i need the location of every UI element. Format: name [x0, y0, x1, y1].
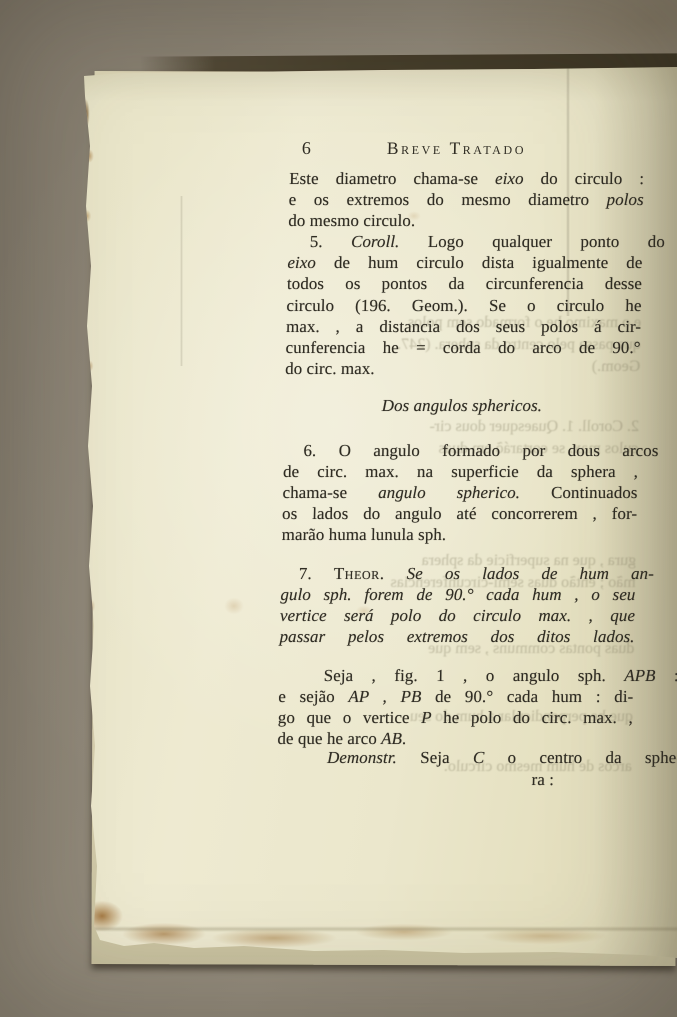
text-line: do circ. max. — [285, 358, 640, 379]
bleedthrough-line: duas pontas communs , sem que — [279, 638, 634, 659]
text-line: cunferencia he = corda do arco de 90.° — [285, 337, 640, 358]
text-line: circulo (196. Geom.). Se o circulo he — [286, 295, 641, 316]
bleedthrough-line: e o maximo he o formado sem polos — [286, 312, 641, 333]
text-line: marão huma lunula sph. — [282, 524, 637, 545]
text-line: de circ. max. na superficie da sphera , — [283, 461, 638, 482]
text-line: go que o vertice P he polo do circ. max.… — [278, 707, 633, 728]
text-line: ra : — [276, 769, 677, 790]
text-line: Demonstr. Seja C o centro da sphe- — [277, 747, 677, 768]
text-line: os lados do angulo até concorrerem , for… — [282, 503, 637, 524]
underlying-page-edge — [91, 71, 677, 966]
page-number: 6 — [302, 138, 311, 159]
bleedthrough-line: gura , que na superficie da sphera — [281, 550, 636, 571]
text-line: max. , a distancia dos seus polos á cir- — [286, 316, 641, 337]
bleedthrough-line: 2. Coroll. 1. Quaesquer dous cir- — [284, 416, 639, 437]
foxing-stains — [84, 66, 677, 958]
text-line: e os extremos do mesmo diametro polos — [289, 189, 644, 210]
text-line: 6. O angulo formado por dous arcos — [283, 440, 658, 461]
text-line: do mesmo circulo. — [288, 210, 643, 231]
text-line: Seja , fig. 1 , o angulo sph. APB : — [279, 665, 677, 686]
text-line: 5. Coroll. Logo qualquer ponto do — [288, 231, 665, 252]
text-line: vertice será polo do circulo max. , que — [280, 605, 635, 626]
bleedthrough-line: que passa pelo centro da sphera. (247. — [285, 334, 640, 355]
photo-backdrop: e o maximo he o formado sem polosque pas… — [0, 0, 677, 1017]
book-edge-shadow — [140, 53, 677, 75]
book-page: e o maximo he o formado sem polosque pas… — [84, 66, 677, 958]
text-line: de que he arco AB. — [277, 728, 632, 749]
running-title: Breve Tratado — [387, 138, 527, 159]
running-header: 6 Breve Tratado — [290, 138, 645, 160]
text-line: chama-se angulo spherico. Continuados — [282, 482, 637, 503]
bleedthrough-line: mão ; então duas semi-circunferencias — [281, 572, 636, 593]
text-line: eixo de hum circulo dista igualmente de — [287, 252, 642, 273]
bleedthrough-line: arcos de hum mesmo circulo. — [277, 756, 632, 777]
printed-text-layer: e o maximo he o formado sem polosque pas… — [67, 66, 677, 958]
section-heading: Dos angulos sphericos. — [284, 395, 639, 416]
text-line: gulo sph. forem de 90.° cada hum , o seu — [280, 584, 635, 605]
bleedthrough-line: que he perpendicular a hum do seu — [278, 706, 633, 727]
text-line: 7. Theor. Se os lados de hum an- — [281, 563, 654, 584]
text-line: passar pelos extremos dos ditos lados. — [279, 626, 634, 647]
bleedthrough-line: culos max. se cortaráõ em duas — [283, 438, 638, 459]
text-line: e sejão AP , PB de 90.° cada hum : di- — [278, 686, 633, 707]
text-line: Este diametro chama-se eixo do circulo : — [289, 168, 644, 189]
text-line: todos os pontos da circunferencia desse — [287, 273, 642, 294]
paper-creases — [84, 66, 677, 958]
bleedthrough-line: Geom.) — [285, 356, 640, 377]
